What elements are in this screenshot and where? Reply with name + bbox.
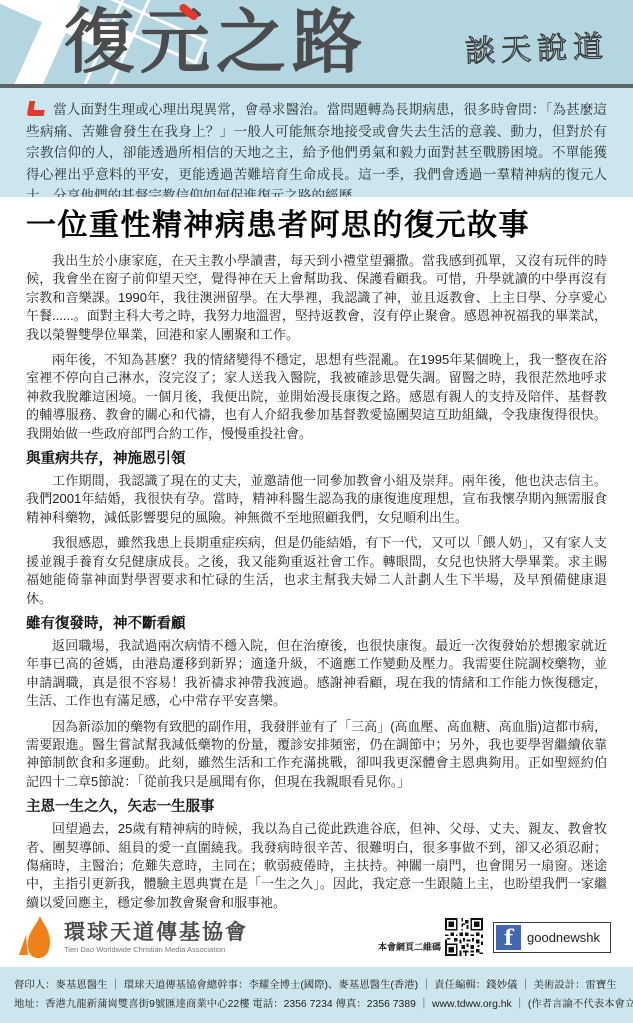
section-heading: 雖有復發時，神不斷看顧 [26, 615, 607, 634]
facebook-handle: goodnewshk [521, 930, 608, 945]
article-paragraph: 返回職場，我試過兩次病情不穩入院，但在治療後，也很快康復。最近一次復發始於想搬家… [26, 637, 607, 711]
intro-panel: 當人面對生理或心理出現異常，會尋求醫治。當問題轉為長期病患，很多時會問：「為甚麼… [0, 88, 633, 197]
section-heading: 與重病共存，神施恩引領 [26, 450, 607, 469]
article-title: 一位重性精神病患者阿思的復元故事 [26, 209, 607, 243]
masthead-title: 復元之路 [64, 4, 368, 80]
article-paragraph: 工作期間，我認識了現在的丈夫，並邀請他一同參加教會小組及崇拜。兩年後，他也決志信… [26, 472, 607, 527]
facebook-icon: f [496, 925, 521, 950]
credits-line: 督印人：麥基恩醫生 ｜ 環球天道傳基協會總幹事：李耀全博士(國際)、麥基恩醫生(… [14, 976, 619, 995]
article: 一位重性精神病患者阿思的復元故事 我出生於小康家庭，在天主教小學讀書，每天到小禮… [0, 197, 633, 911]
article-paragraph: 回望過去，25歲有精神病的時候，我以為自己從此跌進谷底，但神、父母、丈夫、親友、… [26, 820, 607, 911]
credits-line: 地址：香港九龍新蒲崗雙喜街9號匯達商業中心22樓 電話：2356 7234 傳真… [14, 995, 619, 1014]
article-paragraph: 我出生於小康家庭，在天主教小學讀書，每天到小禮堂望彌撒。當我感到孤單，又沒有玩伴… [26, 252, 607, 344]
masthead-header: 復元之路 談天說道 [0, 0, 633, 88]
footer-credits-bar: 督印人：麥基恩醫生 ｜ 環球天道傳基協會總幹事：李耀全博士(國際)、麥基恩醫生(… [0, 967, 633, 1023]
qr-code-icon [445, 918, 483, 956]
quote-icon [27, 101, 47, 116]
org-name-en: Tien Dao Worldwide Christian Media Assoc… [64, 945, 248, 954]
tiendao-logo-icon [16, 915, 56, 959]
intro-paragraph: 當人面對生理或心理出現異常，會尋求醫治。當問題轉為長期病患，很多時會問：「為甚麼… [26, 99, 607, 197]
org-brand: 環球天道傳基協會 Tien Dao Worldwide Christian Me… [16, 915, 248, 959]
series-logo: 談天說道 [464, 22, 609, 71]
article-paragraph: 因為新添加的藥物有致肥的副作用，我發胖並有了「三高」(高血壓、高血糖、高血脂)這… [26, 718, 607, 792]
qr-label: 本會網頁二維碼 [378, 940, 441, 953]
intro-text: 當人面對生理或心理出現異常，會尋求醫治。當問題轉為長期病患，很多時會問：「為甚麼… [26, 102, 607, 197]
org-name: 環球天道傳基協會 [64, 921, 248, 944]
footer-logo-row: 環球天道傳基協會 Tien Dao Worldwide Christian Me… [0, 911, 633, 967]
article-paragraph: 兩年後，不知為甚麼？我的情緒變得不穩定，思想有些混亂。在1995年某個晚上，我一… [26, 351, 607, 443]
article-paragraph: 我很感恩，雖然我患上長期重症疾病，但是仍能結婚，有下一代，又可以「餵人奶」，又有… [26, 534, 607, 608]
section-heading: 主恩一生之久，矢志一生服事 [26, 798, 607, 817]
facebook-link[interactable]: f goodnewshk [493, 922, 611, 953]
